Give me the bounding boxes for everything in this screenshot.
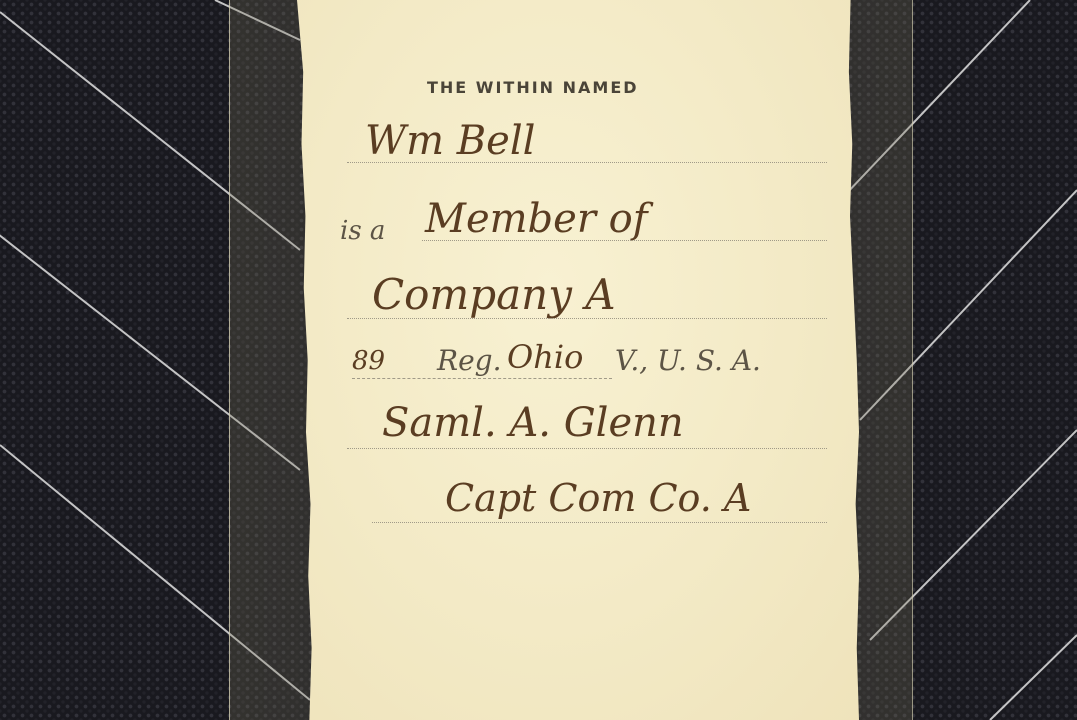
- card-header: THE WITHIN NAMED: [427, 78, 639, 97]
- line-2: [422, 240, 827, 241]
- member-of-text: Member of: [425, 196, 648, 242]
- line-3: [347, 318, 827, 319]
- captain-signature: Saml. A. Glenn: [382, 400, 684, 446]
- regiment-number: 89: [352, 346, 385, 376]
- captain-title: Capt Com Co. A: [445, 476, 751, 520]
- line-1: [347, 162, 827, 163]
- state-text: Ohio: [507, 338, 583, 376]
- line-5: [347, 448, 827, 449]
- printed-usa: V., U. S. A.: [615, 344, 761, 377]
- line-6: [372, 522, 827, 523]
- line-4: [352, 378, 612, 379]
- member-name: Wm Bell: [365, 118, 535, 164]
- printed-reg: Reg.: [437, 344, 501, 377]
- company-text: Company A: [372, 270, 616, 319]
- printed-is-a: is a: [340, 216, 385, 246]
- membership-card: THE WITHIN NAMED Wm Bell is a Member of …: [297, 0, 859, 720]
